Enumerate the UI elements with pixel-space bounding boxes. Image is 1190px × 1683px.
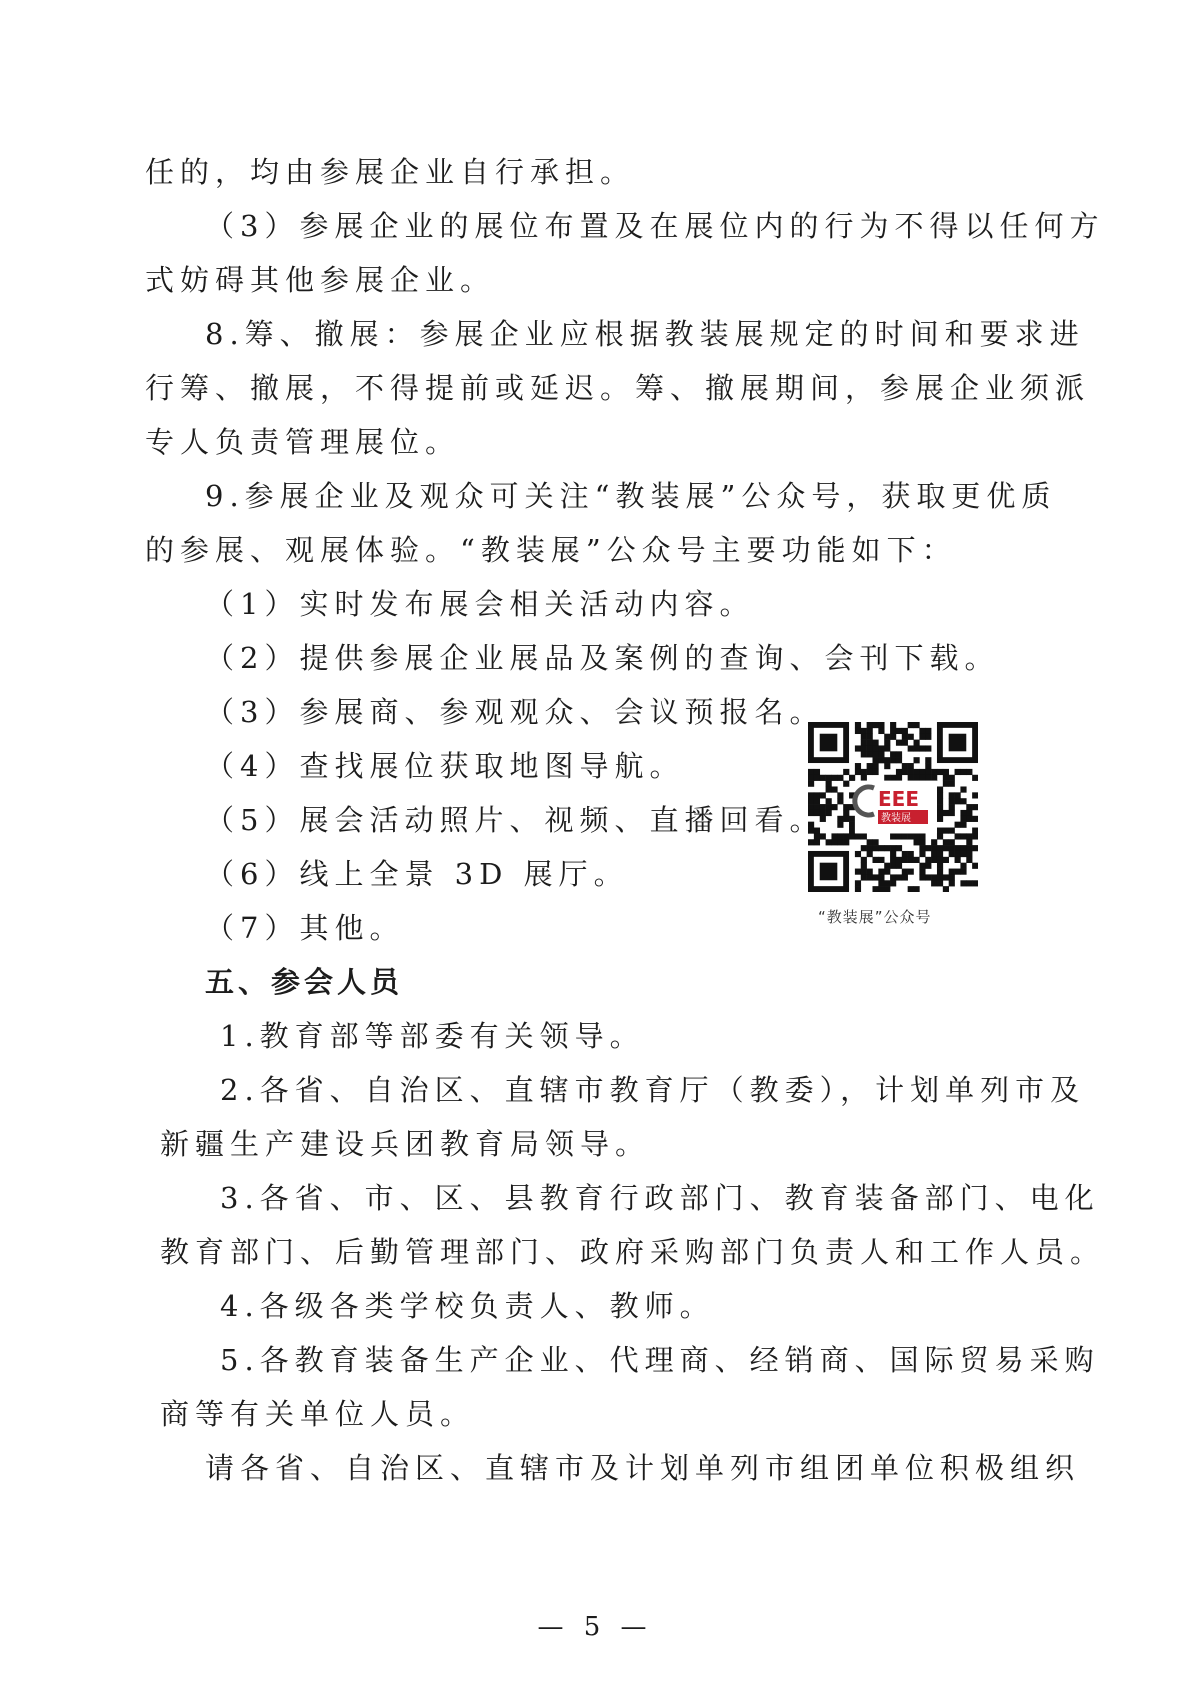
- svg-text:EEE: EEE: [878, 787, 919, 811]
- text-line: 专人负责管理展位。: [145, 422, 460, 462]
- text-line: （5）展会活动照片、视频、直播回看。: [205, 800, 824, 840]
- text-line: 1.教育部等部委有关领导。: [220, 1016, 645, 1056]
- qr-code-icon: EEE教装展: [808, 722, 978, 892]
- text-line: 3.各省、市、区、县教育行政部门、教育装备部门、电化: [220, 1178, 1100, 1218]
- text-line: （1）实时发布展会相关活动内容。: [205, 584, 754, 624]
- text-line: （4）查找展位获取地图导航。: [205, 746, 684, 786]
- text-line: 2.各省、自治区、直辖市教育厅（教委），计划单列市及: [220, 1070, 1085, 1110]
- svg-text:教装展: 教装展: [881, 811, 911, 824]
- text-line: 4.各级各类学校负责人、教师。: [220, 1286, 715, 1326]
- text-line: 的参展、观展体验。“教装展”公众号主要功能如下：: [145, 530, 957, 570]
- text-line: 任的，均由参展企业自行承担。: [145, 152, 635, 192]
- text-line: 商等有关单位人员。: [160, 1394, 475, 1434]
- text-line: （7）其他。: [205, 908, 404, 948]
- page-number: — 5 —: [0, 1612, 1190, 1642]
- text-line: 教育部门、后勤管理部门、政府采购部门负责人和工作人员。: [160, 1232, 1105, 1272]
- text-line: 9.参展企业及观众可关注“教装展”公众号，获取更优质: [205, 476, 1056, 516]
- text-line: （3）参展商、参观观众、会议预报名。: [205, 692, 824, 732]
- text-line: 新疆生产建设兵团教育局领导。: [160, 1124, 650, 1164]
- qr-code: EEE教装展: [808, 722, 978, 892]
- section-heading: 五、参会人员: [205, 962, 403, 1002]
- text-line: 行筹、撤展，不得提前或延迟。筹、撤展期间，参展企业须派: [145, 368, 1090, 408]
- text-line: （6）线上全景 3D 展厅。: [205, 854, 629, 894]
- text-line: 5.各教育装备生产企业、代理商、经销商、国际贸易采购: [220, 1340, 1100, 1380]
- document-page: 任的，均由参展企业自行承担。（3）参展企业的展位布置及在展位内的行为不得以任何方…: [0, 0, 1190, 1683]
- text-line: 8.筹、撤展：参展企业应根据教装展规定的时间和要求进: [205, 314, 1085, 354]
- qr-caption: “教装展”公众号: [818, 906, 932, 927]
- text-line: （3）参展企业的展位布置及在展位内的行为不得以任何方: [205, 206, 1104, 246]
- text-line: （2）提供参展企业展品及案例的查询、会刊下载。: [205, 638, 999, 678]
- text-line: 请各省、自治区、直辖市及计划单列市组团单位积极组织: [205, 1448, 1080, 1488]
- text-line: 式妨碍其他参展企业。: [145, 260, 495, 300]
